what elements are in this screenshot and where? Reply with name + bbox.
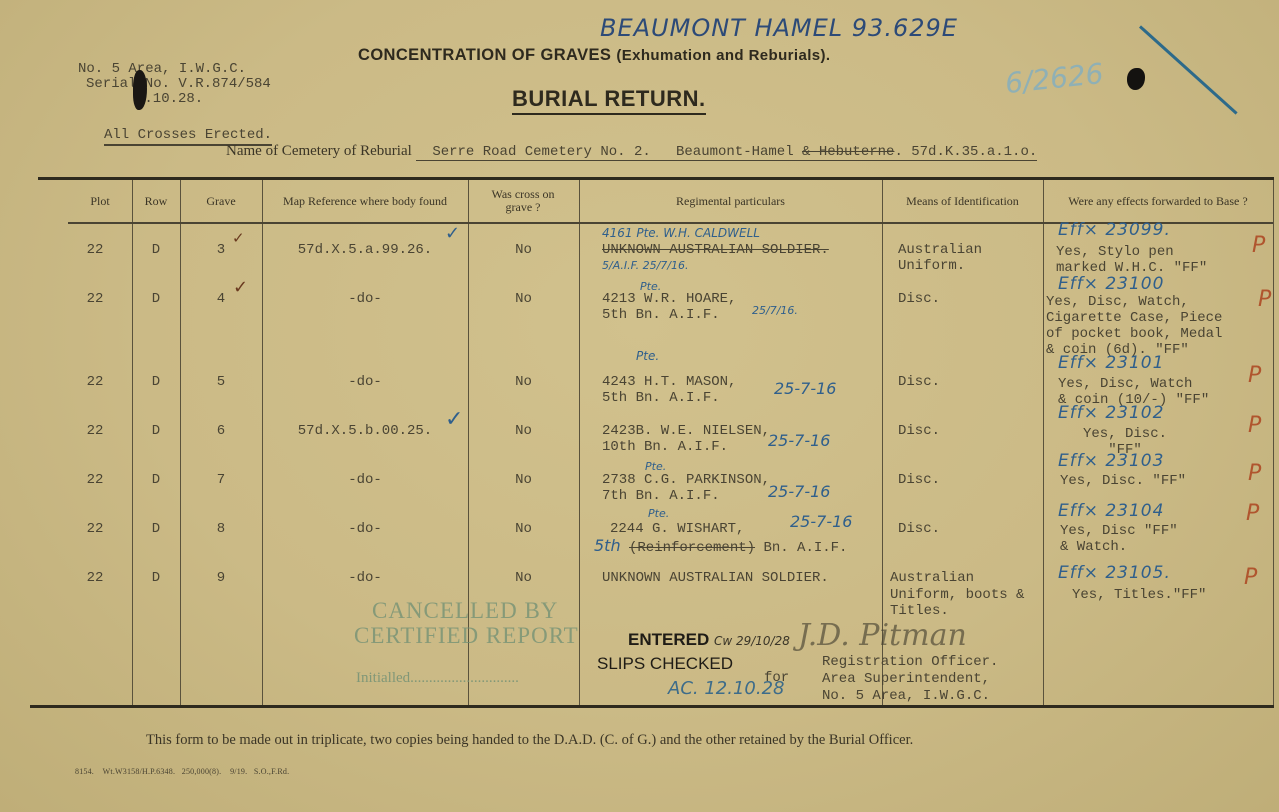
- date-handwritten: 25/7/16.: [752, 303, 798, 319]
- cross-cell: No: [468, 521, 579, 537]
- column-header-identification: Means of Identification: [882, 180, 1043, 222]
- serial-line: Serial No. V.R.874/584: [78, 77, 271, 92]
- column-header-effects: Were any effects forwarded to Base ?: [1043, 180, 1273, 222]
- column-divider: [1273, 180, 1274, 705]
- column-divider: [1043, 180, 1044, 705]
- rank-handwritten: Pte.: [636, 348, 659, 364]
- map-ref-cell: -do-: [262, 521, 468, 537]
- page-title: CONCENTRATION OF GRAVES (Exhumation and …: [358, 46, 831, 65]
- effects-reference: Eff× 23105.: [1058, 565, 1171, 581]
- grave-cell: 6: [180, 423, 262, 439]
- handwritten-location: BEAUMONT HAMEL 93.629E: [600, 14, 958, 42]
- plot-cell: 22: [68, 374, 122, 390]
- regimental-cell: 4243 H.T. MASON, 5th Bn. A.I.F.: [602, 374, 736, 406]
- date-handwritten: 25-7-16: [768, 484, 830, 500]
- cross-cell: No: [468, 291, 579, 307]
- date-handwritten: 25-7-16: [790, 514, 852, 530]
- check-mark-icon: ✓: [233, 280, 248, 296]
- column-header-cross: Was cross on grave ?: [478, 180, 568, 222]
- cancelled-line2: CERTIFIED REPORT: [354, 623, 579, 648]
- entered-handwritten: Cw 29/10/28: [714, 634, 790, 648]
- pencil-slash: [1139, 25, 1238, 114]
- cross-cell: No: [468, 472, 579, 488]
- cross-cell: No: [468, 242, 579, 258]
- reference-block: No. 5 Area, I.W.G.C. Serial No. V.R.874/…: [78, 62, 271, 107]
- check-mark-icon: ✓: [445, 412, 463, 428]
- identification-cell: Disc.: [898, 521, 940, 537]
- regimental-cell: 2738 C.G. PARKINSON, 7th Bn. A.I.F.: [602, 472, 770, 504]
- p-mark: P: [1248, 466, 1261, 482]
- effects-cell: Yes, Disc. "FF": [1060, 473, 1186, 489]
- p-mark: P: [1248, 368, 1261, 384]
- p-mark: P: [1258, 292, 1271, 308]
- column-divider: [180, 180, 181, 705]
- grave-cell: 8: [180, 521, 262, 537]
- plot-cell: 22: [68, 472, 122, 488]
- identification-cell: Disc.: [898, 291, 940, 307]
- handwritten-reference: 6/2626: [1004, 57, 1105, 100]
- form-title: BURIAL RETURN.: [512, 86, 706, 115]
- identification-cell: Disc.: [898, 374, 940, 390]
- map-ref-cell: -do-: [262, 472, 468, 488]
- regimental-handwritten: 4161 Pte. W.H. CALDWELL: [602, 225, 760, 241]
- cemetery-name: Serre Road Cemetery No. 2.: [432, 144, 650, 160]
- row-cell: D: [132, 291, 180, 307]
- regimental-struck: (Reinforcement): [629, 540, 755, 556]
- column-header-plot: Plot: [68, 180, 132, 222]
- row-cell: D: [132, 242, 180, 258]
- effects-reference: Eff× 23101: [1058, 355, 1164, 371]
- effects-cell: Yes, Titles."FF": [1072, 587, 1206, 603]
- rank-handwritten: Pte.: [648, 506, 669, 522]
- plot-cell: 22: [68, 291, 122, 307]
- effects-cell: Yes, Disc, Watch, Cigarette Case, Piece …: [1046, 294, 1222, 358]
- effects-reference: Eff× 23102: [1058, 405, 1164, 421]
- date-handwritten: 25-7-16: [768, 433, 830, 449]
- column-divider: [579, 180, 580, 705]
- for-label: for: [764, 670, 789, 686]
- battalion-suffix: Bn. A.I.F.: [763, 540, 847, 556]
- column-header-grave: Grave: [180, 180, 262, 222]
- map-ref-cell: -do-: [262, 570, 468, 586]
- plot-cell: 22: [68, 570, 122, 586]
- grave-cell: 4: [180, 291, 262, 307]
- cross-cell: No: [468, 374, 579, 390]
- p-mark: P: [1252, 238, 1265, 254]
- date-handwritten: 25-7-16: [774, 381, 836, 397]
- regimental-cell: 2423B. W.E. NIELSEN, 10th Bn. A.I.F.: [602, 423, 770, 455]
- cancelled-stamp: CANCELLED BY CERTIFIED REPORT: [354, 598, 579, 648]
- map-ref-cell: -do-: [262, 374, 468, 390]
- regimental-line2: 5th (Reinforcement) Bn. A.I.F.: [594, 538, 847, 556]
- slips-checked-stamp: SLIPS CHECKED: [597, 654, 733, 674]
- cross-cell: No: [468, 423, 579, 439]
- cemetery-place: Beaumont-Hamel: [676, 144, 794, 160]
- check-mark-icon: ✓: [232, 230, 245, 246]
- registration-officer-block: Registration Officer. Area Superintenden…: [822, 654, 998, 705]
- cemetery-of-reburial: Name of Cemetery of Reburial Serre Road …: [226, 143, 1037, 160]
- effects-cell: Yes, Stylo pen marked W.H.C. "FF": [1056, 244, 1207, 276]
- regimental-cell: 4213 W.R. HOARE, 5th Bn. A.I.F.: [602, 291, 736, 323]
- column-header-row: Row: [132, 180, 180, 222]
- footer-instruction: This form to be made out in triplicate, …: [146, 732, 913, 749]
- grave-cell: 5: [180, 374, 262, 390]
- date-line: ?.10.28.: [78, 92, 271, 107]
- grave-cell: 7: [180, 472, 262, 488]
- title-sub: (Exhumation and Reburials).: [616, 47, 830, 64]
- table-bottom-rule: [30, 705, 1274, 708]
- cancelled-line1: CANCELLED BY: [354, 598, 579, 623]
- identification-cell: Disc.: [898, 423, 940, 439]
- p-mark: P: [1246, 506, 1259, 522]
- signature: J.D. Pitman: [798, 618, 967, 653]
- area-line: No. 5 Area, I.W.G.C.: [78, 62, 271, 77]
- grave-cell: 3: [180, 242, 262, 258]
- cemetery-label: Name of Cemetery of Reburial: [226, 143, 412, 159]
- map-ref-cell: -do-: [262, 291, 468, 307]
- map-ref-cell: 57d.X.5.a.99.26.: [262, 242, 468, 258]
- column-divider: [132, 180, 133, 705]
- column-header-map-reference: Map Reference where body found: [262, 180, 468, 222]
- identification-cell: Australian Uniform, boots & Titles.: [890, 570, 1024, 620]
- p-mark: P: [1244, 570, 1257, 586]
- p-mark: P: [1248, 418, 1261, 434]
- plot-cell: 22: [68, 242, 122, 258]
- effects-reference: Eff× 23103: [1058, 453, 1164, 469]
- ink-blot: [1127, 68, 1145, 90]
- plot-cell: 22: [68, 521, 122, 537]
- cemetery-mapref: . 57d.K.35.a.1.o.: [894, 144, 1037, 160]
- grave-cell: 9: [180, 570, 262, 586]
- entered-label: ENTERED: [628, 630, 709, 649]
- effects-reference: Eff× 23100: [1058, 276, 1164, 292]
- row-cell: D: [132, 423, 180, 439]
- effects-cell: Yes, Disc "FF" & Watch.: [1060, 523, 1178, 555]
- row-cell: D: [132, 472, 180, 488]
- column-divider: [262, 180, 263, 705]
- plot-cell: 22: [68, 423, 122, 439]
- identification-cell: Disc.: [898, 472, 940, 488]
- burial-return-document: No. 5 Area, I.W.G.C. Serial No. V.R.874/…: [0, 0, 1279, 812]
- column-header-regimental: Regimental particulars: [579, 180, 882, 222]
- row-cell: D: [132, 374, 180, 390]
- effects-reference: Eff× 23099.: [1058, 222, 1171, 238]
- effects-reference: Eff× 23104: [1058, 503, 1164, 519]
- initialled-stamp: Initialled.............................: [356, 670, 519, 687]
- regimental-handwritten: 5/A.I.F. 25/7/16.: [602, 258, 688, 274]
- cemetery-value: Serre Road Cemetery No. 2. Beaumont-Hame…: [416, 144, 1038, 161]
- title-main: CONCENTRATION OF GRAVES: [358, 46, 611, 64]
- check-mark-icon: ✓: [445, 226, 460, 242]
- regimental-cell: UNKNOWN AUSTRALIAN SOLDIER.: [602, 570, 829, 586]
- identification-cell: Australian Uniform.: [898, 242, 982, 274]
- cross-cell: No: [468, 570, 579, 586]
- regimental-struck: UNKNOWN AUSTRALIAN SOLDIER.: [602, 242, 829, 258]
- battalion-handwritten: 5th: [594, 536, 621, 555]
- cemetery-struck: & Hebuterne: [802, 144, 894, 160]
- regimental-cell: 2244 G. WISHART,: [610, 521, 744, 537]
- row-cell: D: [132, 521, 180, 537]
- map-ref-cell: 57d.X.5.b.00.25.: [262, 423, 468, 439]
- printer-reference: 8154. Wt.W3158/H.P.6348. 250,000(8). 9/1…: [75, 767, 289, 776]
- entered-stamp: ENTERED Cw 29/10/28: [628, 630, 790, 650]
- row-cell: D: [132, 570, 180, 586]
